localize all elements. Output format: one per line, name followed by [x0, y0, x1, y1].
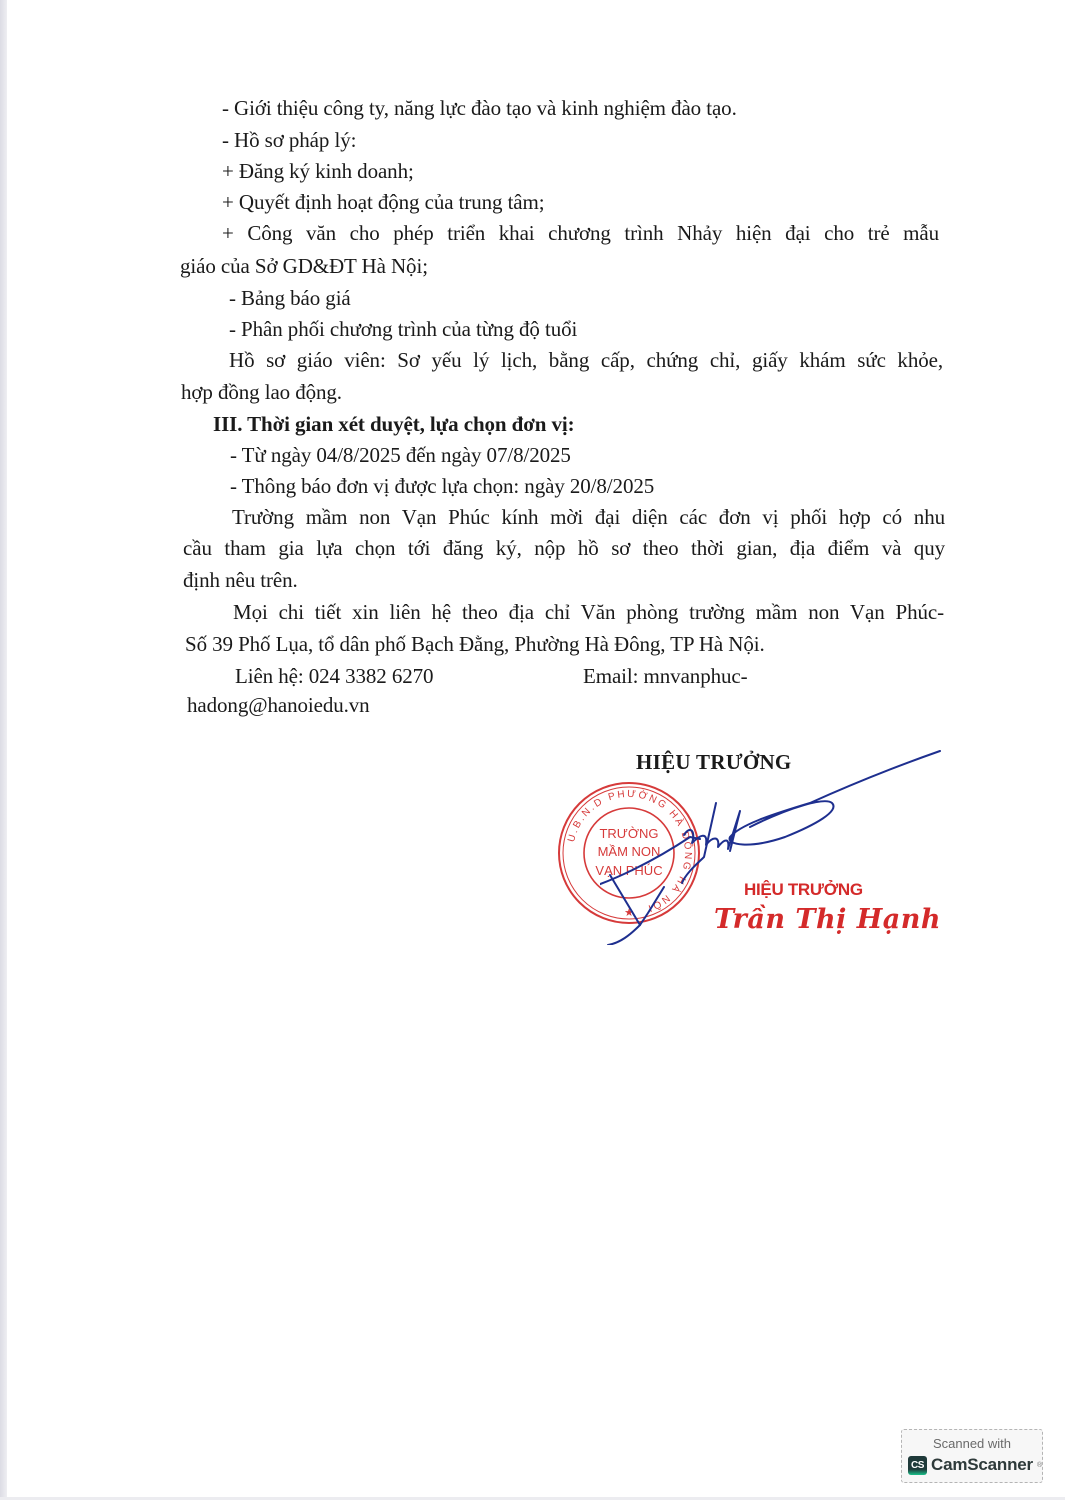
list-item-legal-docs: - Hồ sơ pháp lý: — [222, 127, 356, 153]
list-item-announcement-date: - Thông báo đơn vị được lựa chọn: ngày 2… — [230, 473, 654, 499]
stamp-name-text: Trần Thị Hạnh — [714, 904, 941, 935]
paragraph-contact-address: Mọi chi tiết xin liên hệ theo địa chỉ Vă… — [233, 599, 944, 625]
trademark-icon: ® — [1037, 1462, 1042, 1469]
list-item-operating-decision: + Quyết định hoạt động của trung tâm; — [222, 189, 545, 215]
section-heading-iii: III. Thời gian xét duyệt, lựa chọn đơn v… — [213, 411, 575, 437]
paragraph-teacher-docs: Hồ sơ giáo viên: Sơ yếu lý lịch, bằng cấ… — [229, 347, 943, 373]
document-page: - Giới thiệu công ty, năng lực đào tạo v… — [0, 0, 1065, 1500]
paragraph-contact-address-cont: Số 39 Phố Lụa, tổ dân phố Bạch Đằng, Phư… — [185, 631, 765, 657]
watermark-brand: CS CamScanner® — [908, 1455, 1042, 1475]
paragraph-invitation: Trường mầm non Vạn Phúc kính mời đại diệ… — [232, 504, 945, 530]
contact-email-label: Email: mnvanphuc- — [583, 663, 748, 689]
list-item-review-period: - Từ ngày 04/8/2025 đến ngày 07/8/2025 — [230, 442, 571, 468]
list-item-official-letter-cont: giáo của Sở GD&ĐT Hà Nội; — [180, 253, 428, 279]
camscanner-logo-icon: CS — [908, 1456, 927, 1475]
paragraph-invitation-end: định nêu trên. — [183, 567, 298, 593]
list-item-business-registration: + Đăng ký kinh doanh; — [222, 158, 414, 184]
stamp-role-text: HIỆU TRƯỞNG — [744, 880, 863, 900]
contact-phone: Liên hệ: 024 3382 6270 — [235, 663, 433, 689]
paragraph-invitation-cont: cầu tham gia lựa chọn tới đăng ký, nộp h… — [183, 535, 945, 561]
paragraph-teacher-docs-cont: hợp đồng lao động. — [181, 379, 342, 405]
list-item-official-letter: + Công văn cho phép triển khai chương tr… — [222, 220, 939, 246]
list-item-program-distribution: - Phân phối chương trình của từng độ tuổ… — [229, 316, 577, 342]
list-item-company-intro: - Giới thiệu công ty, năng lực đào tạo v… — [222, 95, 737, 121]
watermark-top-text: Scanned with — [902, 1436, 1042, 1451]
list-item-price-quote: - Bảng báo giá — [229, 285, 351, 311]
contact-email-cont: hadong@hanoiedu.vn — [187, 692, 370, 718]
camscanner-watermark: Scanned with CS CamScanner® — [901, 1429, 1043, 1483]
watermark-brand-name: CamScanner — [931, 1455, 1033, 1475]
